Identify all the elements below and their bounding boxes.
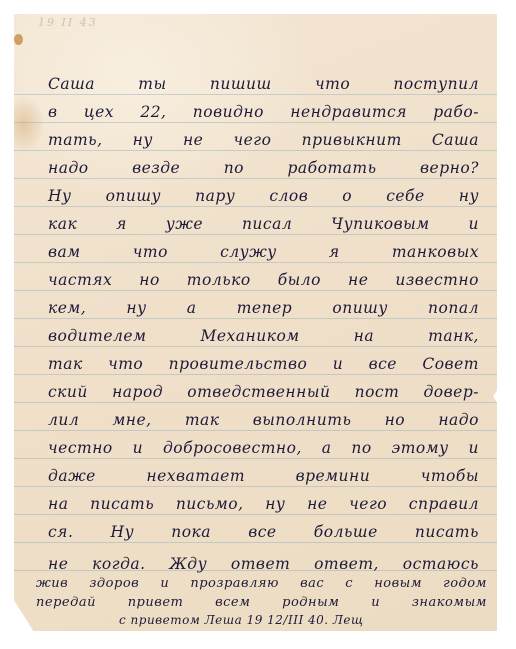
letter-line: скийнародотведственныйпостдовер- [48, 383, 479, 401]
stain-mark [14, 34, 23, 45]
handwritten-word: довер- [423, 383, 479, 401]
handwritten-word: было [278, 271, 321, 289]
handwritten-word: и [469, 215, 479, 233]
handwritten-word: с [345, 576, 353, 591]
handwritten-word: а [187, 299, 197, 317]
ruled-line [14, 430, 497, 431]
ruled-line [14, 94, 497, 95]
handwritten-word: писать [415, 523, 479, 541]
handwritten-word: не [48, 555, 68, 573]
handwritten-word: здоров [89, 576, 139, 591]
handwritten-word: честно [48, 439, 113, 457]
handwritten-word: пару [195, 187, 235, 205]
letter-line: Сашатыпишишчтопоступил [48, 75, 479, 93]
handwritten-word: как [48, 215, 77, 233]
ruled-line [14, 346, 497, 347]
letter-line: некогда.Ждуответответ,остаюсь [48, 555, 479, 573]
signature-line: с приветом Леша 19 12/III 40. Лещ [119, 613, 457, 627]
handwritten-word: но [385, 411, 406, 429]
handwritten-word: везде [132, 159, 180, 177]
handwritten-word: новым [374, 576, 422, 591]
handwritten-word: опишу [332, 299, 387, 317]
handwritten-word: ответ [231, 555, 290, 573]
ruled-line [14, 514, 497, 515]
handwritten-word: только [187, 271, 251, 289]
handwritten-word: ский [48, 383, 88, 401]
handwritten-word: опишу [106, 187, 161, 205]
handwritten-word: Ну [48, 187, 72, 205]
handwritten-word: так [48, 355, 83, 373]
letter-line: честноидобросовестно,апоэтомуи [48, 439, 479, 457]
handwritten-word: лил [48, 411, 79, 429]
letter-line: живздоровипрозравляювассновымгодом [36, 576, 487, 591]
faded-header-mark: 19 II 43 [38, 16, 98, 29]
letter-line: Нуопишупарусловосебену [48, 187, 479, 205]
handwritten-word: добросовестно, [163, 439, 302, 457]
handwritten-word: что [133, 243, 168, 261]
handwritten-word: Жду [169, 555, 207, 573]
ruled-line [14, 542, 497, 543]
handwritten-word: тепер [237, 299, 292, 317]
handwritten-word: я [329, 243, 340, 261]
handwritten-word: когда. [92, 555, 145, 573]
handwritten-word: поступил [393, 75, 479, 93]
letter-line: какяужеписалЧупиковыми [48, 215, 479, 233]
handwritten-word: танк, [428, 327, 479, 345]
ruled-line [14, 374, 497, 375]
handwritten-word: рабо- [433, 103, 479, 121]
handwritten-word: не [183, 131, 203, 149]
handwritten-word: водителем [48, 327, 146, 345]
ruled-line [14, 234, 497, 235]
handwritten-word: отведственный [187, 383, 330, 401]
handwritten-word: по [224, 159, 244, 177]
handwritten-word: надо [48, 159, 89, 177]
handwritten-word: Саша [432, 131, 479, 149]
handwritten-word: чего [349, 495, 387, 513]
letter-line: водителемМеханикомнатанк, [48, 327, 479, 345]
handwritten-word: знакомым [412, 595, 487, 610]
handwritten-word: прозравляю [190, 576, 279, 591]
letter-line: даженехватаетвреминичтобы [48, 467, 479, 485]
handwritten-word: и [371, 595, 380, 610]
handwritten-word: повидно [193, 103, 264, 121]
handwritten-word: всем [215, 595, 250, 610]
handwritten-word: больше [314, 523, 378, 541]
handwritten-word: служу [220, 243, 277, 261]
handwritten-word: чтобы [421, 467, 479, 485]
handwritten-word: мне, [112, 411, 151, 429]
handwritten-word: что [315, 75, 350, 93]
handwritten-word: вам [48, 243, 81, 261]
handwritten-word: уже [166, 215, 203, 233]
handwritten-word: народ [112, 383, 163, 401]
handwritten-word: письмо, [176, 495, 244, 513]
handwritten-word: провительство [169, 355, 308, 373]
handwritten-word: в [48, 103, 58, 121]
letter-line: такчтопровительствоивсеСовет [48, 355, 479, 373]
letter-line: лилмне,таквыполнитьнонадо [48, 411, 479, 429]
handwritten-word: вас [300, 576, 324, 591]
handwritten-word: годом [443, 576, 487, 591]
letter-line: написатьписьмо,нунечегосправил [48, 495, 479, 513]
handwritten-word: нехватает [146, 467, 245, 485]
handwritten-word: не [307, 495, 327, 513]
handwritten-word: и [333, 355, 343, 373]
handwritten-word: так [185, 411, 220, 429]
letter-line: вамчтослужуятанковых [48, 243, 479, 261]
handwritten-word: ну [126, 299, 146, 317]
handwritten-word: ся. [48, 523, 73, 541]
letter-line: вцех22,повиднонендравитсярабо- [48, 103, 479, 121]
handwritten-word: и [468, 439, 478, 457]
handwritten-word: Саша [48, 75, 95, 93]
handwritten-word: по [351, 439, 371, 457]
handwritten-word: привет [128, 595, 184, 610]
handwritten-word: справил [409, 495, 479, 513]
handwritten-word: работать [288, 159, 377, 177]
handwritten-word: Чупиковым [331, 215, 430, 233]
handwritten-word: все [248, 523, 276, 541]
handwritten-word: на [354, 327, 374, 345]
handwritten-word: привыкнит [302, 131, 402, 149]
ruled-line [14, 290, 497, 291]
letter-line: тать,нунечегопривыкнитСаша [48, 131, 479, 149]
ruled-line [14, 402, 497, 403]
handwritten-word: ты [138, 75, 166, 93]
handwritten-word: ответ, [314, 555, 379, 573]
handwritten-word: ну [265, 495, 285, 513]
handwritten-word: все [369, 355, 397, 373]
handwritten-word: передай [36, 595, 96, 610]
ruled-line [14, 122, 497, 123]
handwritten-word: Совет [422, 355, 479, 373]
ruled-line [14, 486, 497, 487]
handwritten-word: а [322, 439, 332, 457]
handwritten-word: нендравится [290, 103, 407, 121]
handwritten-word: остаюсь [403, 555, 479, 573]
handwritten-word: 22, [140, 103, 166, 121]
handwritten-word: кем, [48, 299, 86, 317]
handwritten-word: я [116, 215, 127, 233]
handwritten-word: этому [392, 439, 449, 457]
handwritten-word: на [48, 495, 68, 513]
handwritten-word: Механиком [200, 327, 299, 345]
handwritten-word: известно [395, 271, 479, 289]
handwritten-word: ну [459, 187, 479, 205]
handwritten-word: времини [296, 467, 371, 485]
handwritten-word: пишиш [210, 75, 272, 93]
handwritten-word: цех [84, 103, 114, 121]
letter-paper: 19 II 43 Сашатыпишишчтопоступил вцех22,п… [14, 14, 497, 631]
handwritten-word: себе [386, 187, 425, 205]
handwritten-word: о [342, 187, 352, 205]
handwritten-word: ну [133, 131, 153, 149]
ruled-line [14, 150, 497, 151]
handwritten-word: писать [90, 495, 154, 513]
ruled-line [14, 206, 497, 207]
handwritten-word: частях [48, 271, 112, 289]
handwritten-word: и [160, 576, 169, 591]
handwritten-word: верно? [420, 159, 479, 177]
handwritten-word: пост [355, 383, 400, 401]
ruled-line [14, 178, 497, 179]
ruled-line [14, 458, 497, 459]
handwritten-word: надо [438, 411, 479, 429]
ruled-line [14, 318, 497, 319]
handwritten-word: попал [428, 299, 479, 317]
handwritten-word: танковых [392, 243, 479, 261]
handwritten-word: что [108, 355, 143, 373]
handwritten-word: родным [282, 595, 339, 610]
handwritten-word: чего [233, 131, 271, 149]
handwritten-word: пока [171, 523, 211, 541]
handwritten-word: и [133, 439, 143, 457]
handwritten-word: даже [48, 467, 96, 485]
handwritten-word: слов [269, 187, 308, 205]
handwritten-word: писал [242, 215, 292, 233]
ruled-line [14, 262, 497, 263]
letter-line: кем,нуатеперопишупопал [48, 299, 479, 317]
letter-line: ся.Нупокавсебольшеписать [48, 523, 479, 541]
letter-line: надовездепоработатьверно? [48, 159, 479, 177]
letter-line: частяхнотолькобылонеизвестно [48, 271, 479, 289]
handwritten-word: тать, [48, 131, 103, 149]
letter-line: передайприветвсемроднымизнакомым [36, 595, 487, 610]
handwritten-word: не [348, 271, 368, 289]
handwritten-word: Ну [111, 523, 135, 541]
handwritten-word: но [139, 271, 160, 289]
handwritten-word: выполнить [253, 411, 352, 429]
handwritten-word: жив [36, 576, 68, 591]
